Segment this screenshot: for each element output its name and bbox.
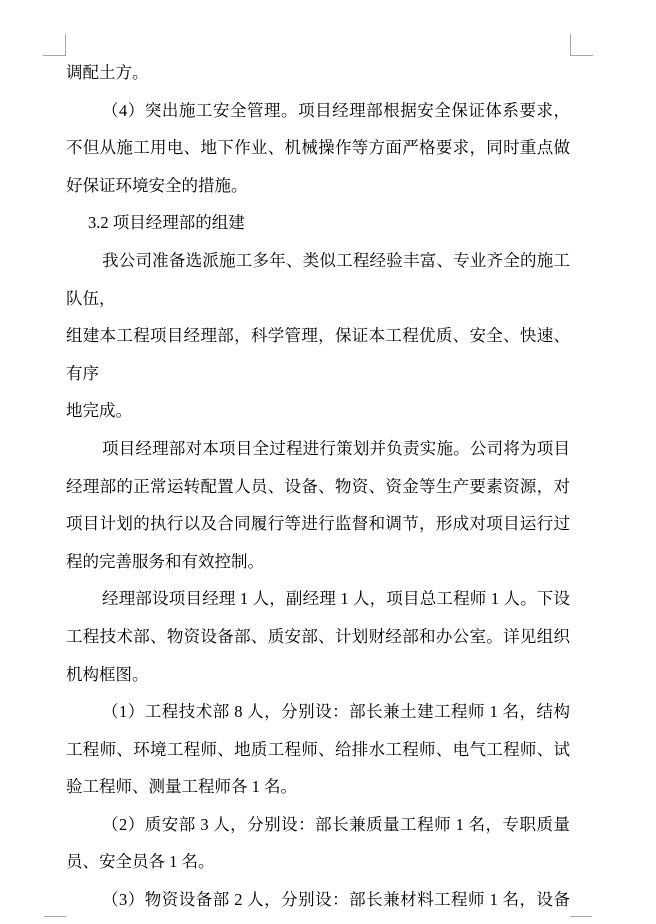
doc-line: 工程师、环境工程师、地质工程师、给排水工程师、电气工程师、试 [66, 731, 570, 769]
doc-line: 程的完善服务和有效控制。 [66, 543, 570, 581]
document-page: 调配土方。 （4）突出施工安全管理。项目经理部根据安全保证体系要求， 不但从施工… [0, 0, 656, 924]
page-corner-mark-bottom-right [570, 916, 592, 917]
page-corner-mark-bottom-left [44, 916, 66, 917]
doc-line: 有序 [66, 355, 570, 393]
doc-line: 项目计划的执行以及合同履行等进行监督和调节，形成对项目运行过 [66, 505, 570, 543]
doc-line: 验工程师、测量工程师各 1 名。 [66, 768, 570, 806]
doc-line: 项目经理部对本项目全过程进行策划并负责实施。公司将为项目 [66, 430, 570, 468]
doc-line: 经理部设项目经理 1 人，副经理 1 人，项目总工程师 1 人。下设 [66, 580, 570, 618]
section-heading-3-2: 3.2 项目经理部的组建 [66, 204, 570, 242]
doc-line: 调配土方。 [66, 54, 570, 92]
doc-line: 经理部的正常运转配置人员、设备、物资、资金等生产要素资源，对 [66, 468, 570, 506]
doc-line: （4）突出施工安全管理。项目经理部根据安全保证体系要求， [66, 92, 570, 130]
doc-line: （1）工程技术部 8 人，分别设：部长兼土建工程师 1 名，结构 [66, 693, 570, 731]
doc-line: 地完成。 [66, 392, 570, 430]
doc-line: 组建本工程项目经理部，科学管理，保证本工程优质、安全、快速、 [66, 317, 570, 355]
page-corner-mark-top-right [570, 34, 593, 56]
doc-line: （3）物资设备部 2 人，分别设：部长兼材料工程师 1 名，设备 [66, 881, 570, 919]
doc-line: 机构框图。 [66, 656, 570, 694]
doc-line: 工程技术部、物资设备部、质安部、计划财经部和办公室。详见组织 [66, 618, 570, 656]
doc-line: 队伍， [66, 280, 570, 318]
doc-line: （2）质安部 3 人，分别设：部长兼质量工程师 1 名，专职质量 [66, 806, 570, 844]
doc-line: 好保证环境安全的措施。 [66, 167, 570, 205]
document-body: 调配土方。 （4）突出施工安全管理。项目经理部根据安全保证体系要求， 不但从施工… [66, 54, 570, 919]
page-corner-mark-top-left [43, 34, 66, 56]
doc-line: 我公司准备选派施工多年、类似工程经验丰富、专业齐全的施工 [66, 242, 570, 280]
doc-line: 不但从施工用电、地下作业、机械操作等方面严格要求，同时重点做 [66, 129, 570, 167]
doc-line: 员、安全员各 1 名。 [66, 843, 570, 881]
